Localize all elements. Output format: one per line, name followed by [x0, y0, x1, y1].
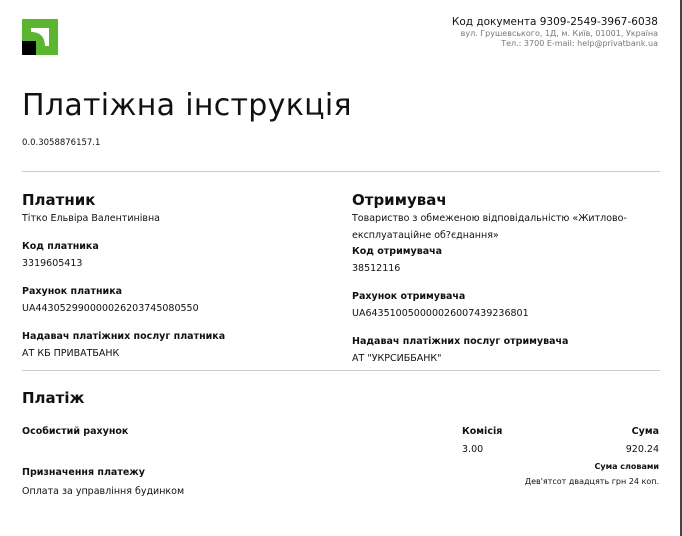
recipient-account: UA643510050000026007439236801	[352, 305, 662, 322]
amount-label: Сума	[632, 424, 659, 440]
payer-account: UA443052990000026203745080550	[22, 300, 332, 317]
document-code: Код документа 9309-2549-3967-6038	[452, 16, 658, 29]
recipient-section: Отримувач Товариство з обмеженою відпові…	[352, 190, 662, 367]
payer-code: 3319605413	[22, 255, 332, 272]
amount-value: 920.24	[626, 441, 659, 458]
recipient-provider-label: Надавач платіжних послуг отримувача	[352, 334, 662, 350]
recipient-title: Отримувач	[352, 190, 662, 210]
recipient-code: 38512116	[352, 260, 662, 277]
document-code-label: Код документа	[452, 16, 537, 28]
document-code-value: 9309-2549-3967-6038	[540, 16, 658, 28]
commission-value: 3.00	[462, 441, 483, 458]
divider	[22, 370, 660, 371]
purpose-value: Оплата за управління будинком	[22, 483, 184, 500]
commission-label: Комісія	[462, 424, 502, 440]
payment-title: Платіж	[22, 389, 84, 407]
divider	[22, 171, 660, 172]
purpose-label: Призначення платежу	[22, 465, 145, 481]
recipient-provider: АТ "УКРСИББАНК"	[352, 350, 662, 367]
recipient-account-label: Рахунок отримувача	[352, 289, 662, 305]
privatbank-logo-icon	[22, 19, 58, 55]
payer-title: Платник	[22, 190, 332, 210]
amount-words-label: Сума словами	[594, 462, 659, 471]
payer-provider: АТ КБ ПРИВАТБАНК	[22, 345, 332, 362]
payer-section: Платник Тітко Ельвіра Валентинівна Код п…	[22, 190, 332, 362]
document-id: 0.0.3058876157.1	[22, 138, 100, 148]
page-title: Платіжна інструкція	[22, 88, 352, 123]
recipient-name: Товариство з обмеженою відповідальністю …	[352, 210, 662, 244]
document-header: Код документа 9309-2549-3967-6038 вул. Г…	[452, 16, 658, 49]
payer-account-label: Рахунок платника	[22, 284, 332, 300]
recipient-code-label: Код отримувача	[352, 244, 662, 260]
bank-contacts: Тел.: 3700 E-mail: help@privatbank.ua	[452, 39, 658, 49]
personal-account-label: Особистий рахунок	[22, 424, 128, 440]
payer-code-label: Код платника	[22, 239, 332, 255]
amount-words-value: Дев'ятсот двадцять грн 24 коп.	[525, 477, 659, 486]
payer-name: Тітко Ельвіра Валентинівна	[22, 210, 332, 227]
bank-address: вул. Грушевського, 1Д, м. Київ, 01001, У…	[452, 29, 658, 39]
payer-provider-label: Надавач платіжних послуг платника	[22, 329, 332, 345]
